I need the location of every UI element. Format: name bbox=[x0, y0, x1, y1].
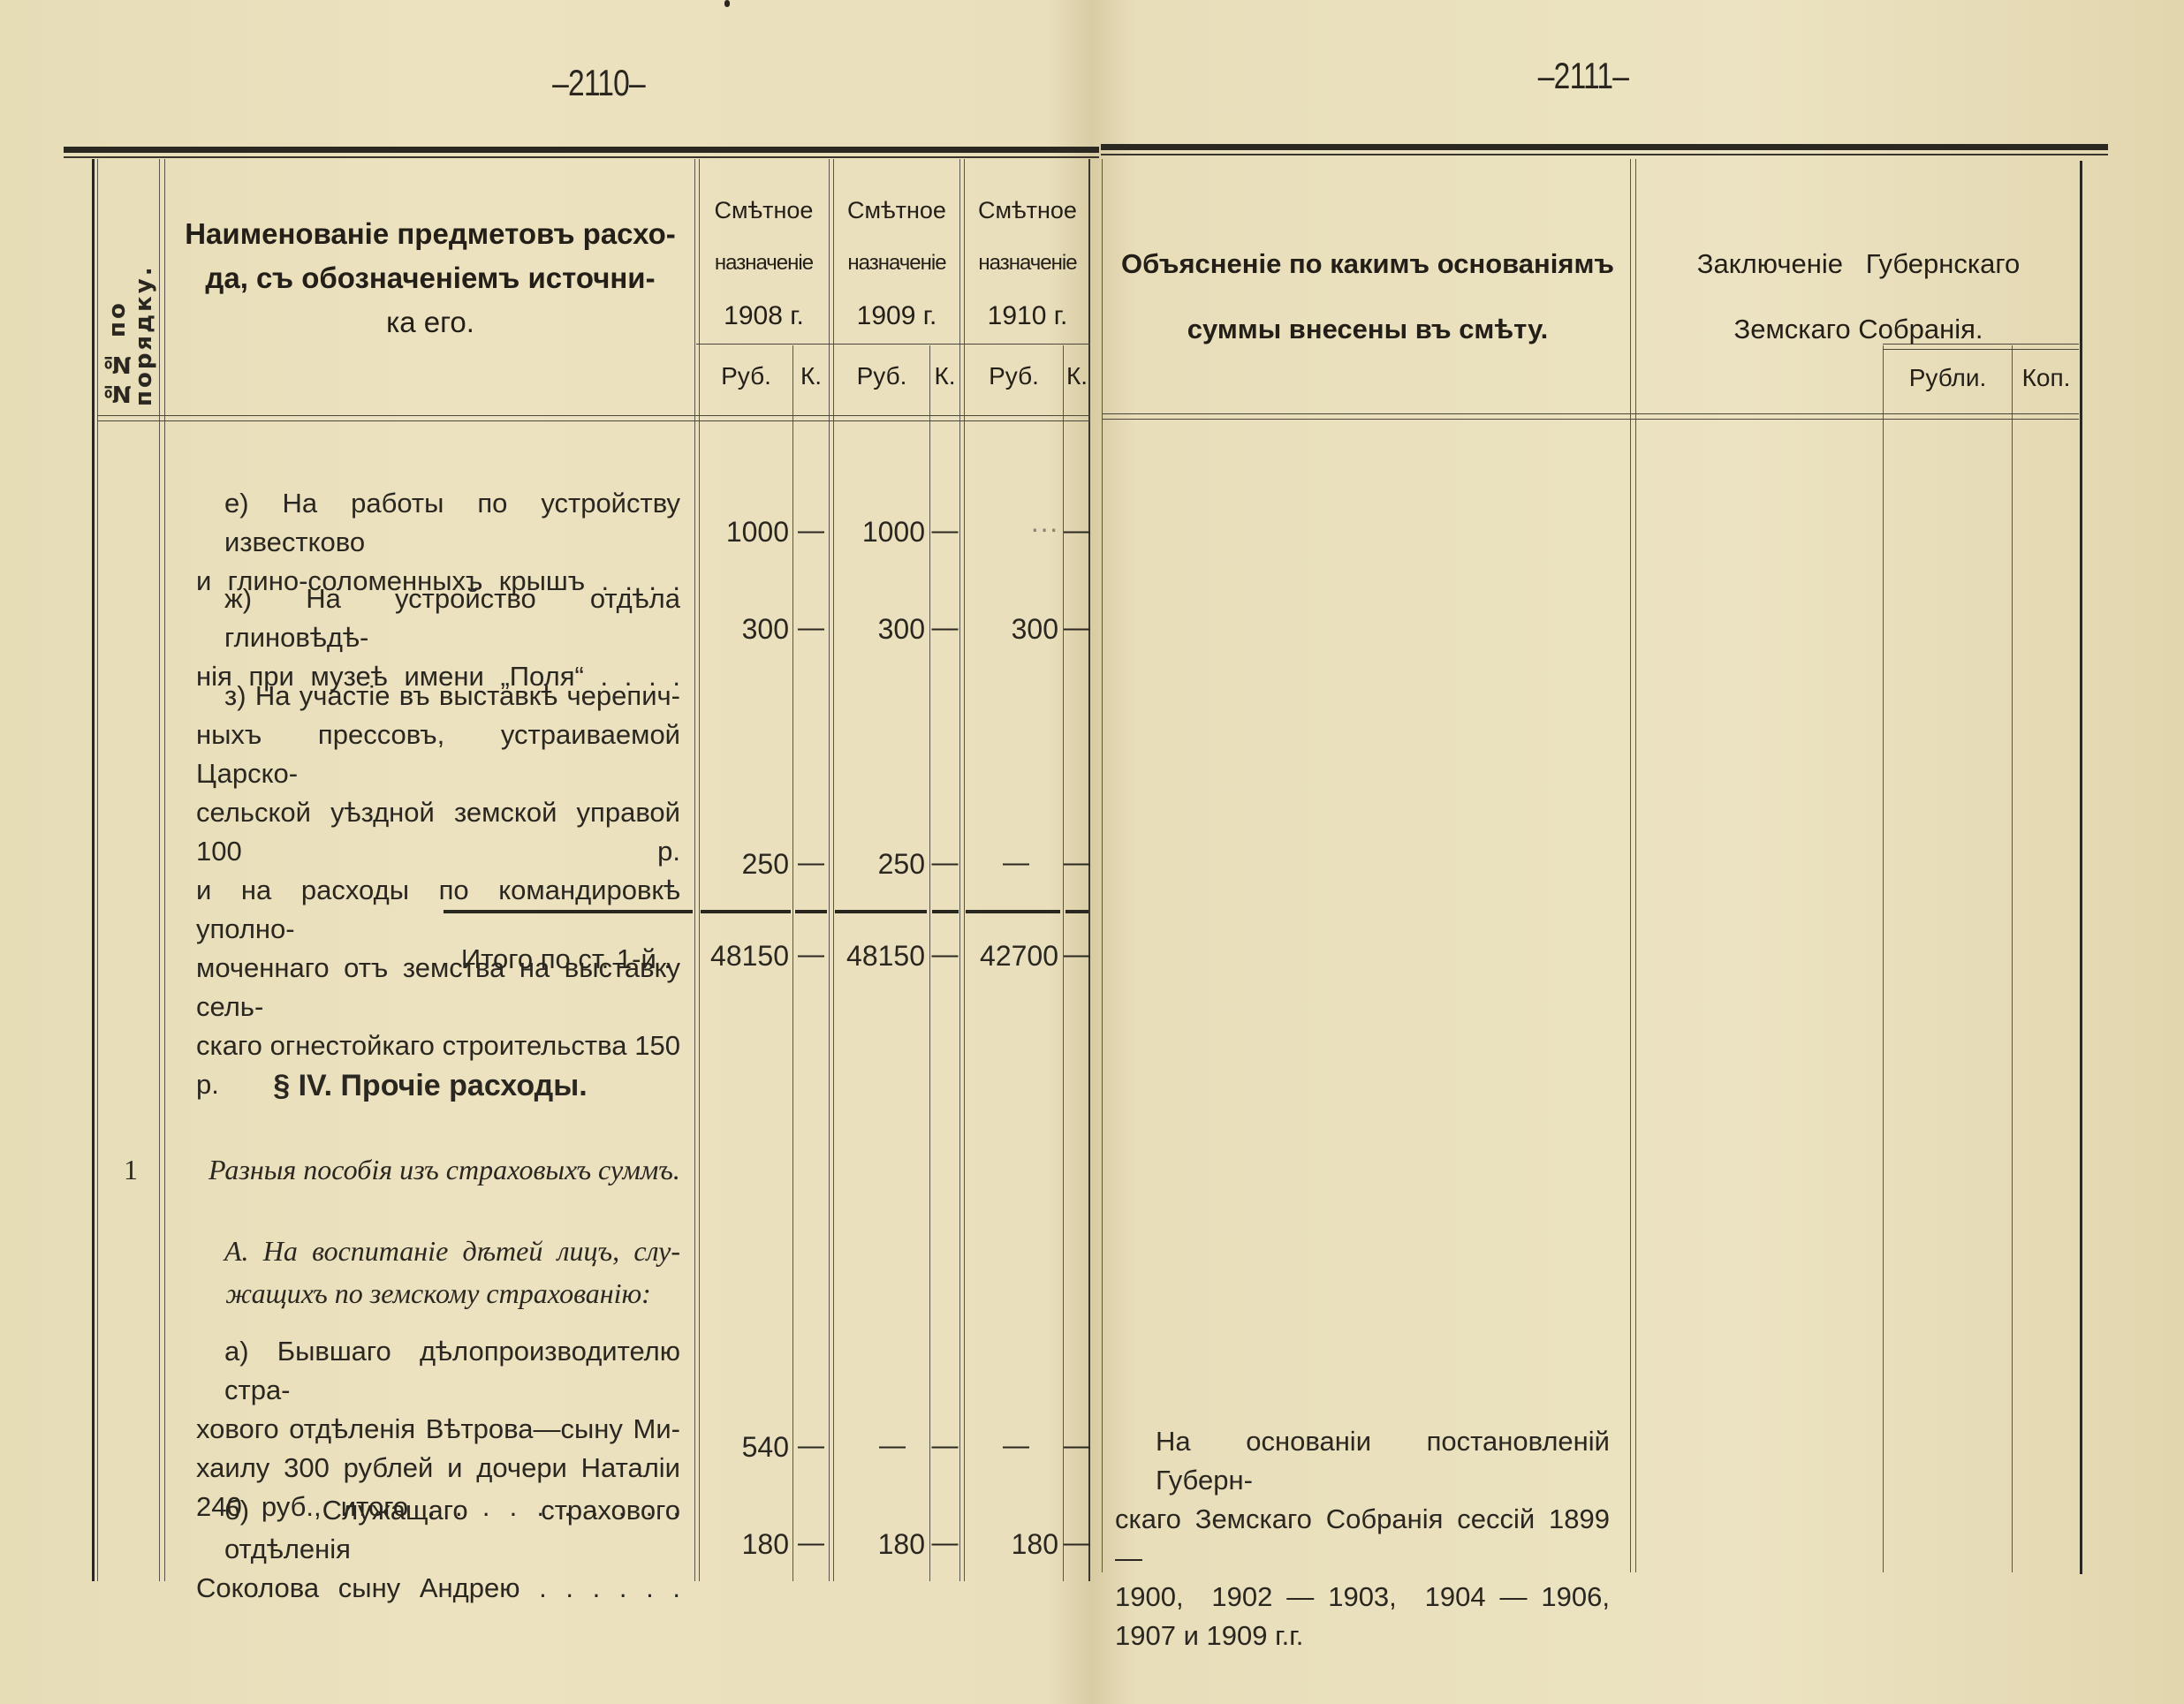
entry-a-1910: — bbox=[990, 1431, 1043, 1461]
header-order-no: №№ по порядку. bbox=[104, 177, 157, 406]
header-item-name: Наименованіе предметовъ расхо- да, съ об… bbox=[168, 212, 693, 345]
header-estimate-line: назначеніе bbox=[835, 237, 959, 290]
entry-b-k1908: — bbox=[793, 1528, 829, 1558]
col-line-explanation-2 bbox=[1635, 159, 1636, 1572]
total-k1908: — bbox=[793, 940, 829, 970]
entry-b-1910: 180 bbox=[966, 1528, 1058, 1561]
header-estimate-1909: Смѣтное назначеніе 1909 г. bbox=[835, 184, 959, 343]
header-estimate-1908: Смѣтное назначеніе 1908 г. bbox=[701, 184, 827, 343]
page-number-left: –2110– bbox=[552, 62, 645, 104]
total-rule-k1908 bbox=[795, 910, 827, 913]
header-conclusion-line: Земскаго Собранія. bbox=[1639, 297, 2078, 362]
entry-b-k1909: — bbox=[930, 1528, 959, 1558]
col-line-1908 bbox=[829, 159, 830, 1581]
header-estimate-year: 1908 г. bbox=[701, 290, 827, 343]
entry-a-k1909: — bbox=[930, 1431, 959, 1461]
row-text-line: ж) На устройство отдѣла глиновѣдѣ- bbox=[196, 579, 680, 657]
explanation-line: 1907 и 1909 г.г. bbox=[1115, 1617, 1610, 1655]
row-zh-k1910: — bbox=[1064, 613, 1090, 643]
header-conclusion-line: Заключеніе Губернскаго bbox=[1639, 231, 2078, 297]
total-1908: 48150 bbox=[701, 940, 789, 973]
header-rub-1909: Руб. bbox=[835, 362, 929, 390]
total-1909: 48150 bbox=[835, 940, 925, 973]
row-e-1910: ··· bbox=[966, 512, 1058, 545]
page-number-right: –2111– bbox=[1538, 55, 1628, 97]
col-line-name bbox=[694, 159, 695, 1581]
header-item-name-line: ка его. bbox=[168, 300, 693, 345]
total-rule-k1909 bbox=[932, 910, 959, 913]
total-k1910: — bbox=[1064, 940, 1090, 970]
entry-text-line: Соколова сыну Андрею . . . . . . bbox=[196, 1569, 680, 1608]
header-estimate-year: 1909 г. bbox=[835, 290, 959, 343]
explanation-line: На основаніи постановленій Губерн- bbox=[1115, 1422, 1610, 1500]
right-left-border bbox=[1102, 159, 1103, 1572]
explanation-line: скаго Земскаго Собранія сессій 1899— bbox=[1115, 1500, 1610, 1578]
header-conclusion: Заключеніе Губернскаго Земскаго Собранія… bbox=[1639, 231, 2078, 362]
row-z-k1908: — bbox=[793, 848, 829, 878]
explanation-note: На основаніи постановленій Губерн- скаго… bbox=[1115, 1422, 1610, 1655]
col-line-1908-2 bbox=[833, 159, 834, 1581]
row-zh-k1909: — bbox=[930, 613, 959, 643]
section-title: § IV. Прочіе расходы. bbox=[168, 1069, 693, 1103]
header-kop-1909: К. bbox=[930, 362, 959, 390]
ink-dot bbox=[724, 0, 730, 7]
col-line-1909 bbox=[959, 159, 960, 1581]
left-border bbox=[92, 159, 95, 1581]
row-z-1909: 250 bbox=[835, 848, 925, 881]
header-bottom-rule-left-2 bbox=[97, 420, 1090, 421]
entry-a-1909: — bbox=[866, 1431, 919, 1461]
header-order-no-label: №№ по порядку. bbox=[104, 177, 157, 406]
header-estimate-year: 1910 г. bbox=[966, 290, 1089, 343]
col-line-conc-kop bbox=[2012, 345, 2013, 1572]
header-estimate-line: назначеніе bbox=[701, 237, 827, 290]
row-text-line: е) На работы по устройству известково bbox=[196, 484, 680, 562]
subheading-line: А. На воспитаніе дѣтей лицъ, слу- bbox=[196, 1230, 680, 1272]
item-title: Разныя пособія изъ страховыхъ суммъ. bbox=[209, 1154, 686, 1186]
right-border bbox=[2080, 161, 2082, 1574]
row-e-k1909: — bbox=[930, 516, 959, 546]
item-number: 1 bbox=[104, 1154, 157, 1186]
total-1910: 42700 bbox=[966, 940, 1058, 973]
row-zh-k1908: — bbox=[793, 613, 829, 643]
header-rub-1908: Руб. bbox=[701, 362, 792, 390]
col-line-explanation bbox=[1630, 159, 1631, 1572]
header-kop-1910: К. bbox=[1064, 362, 1090, 390]
entry-text-line: а) Бывшаго дѣлопроизводителю стра- bbox=[196, 1332, 680, 1410]
header-bottom-rule-right-2 bbox=[1102, 419, 2079, 420]
entry-text-line: хаилу 300 рублей и дочери Наталіи bbox=[196, 1449, 680, 1488]
top-rule-left-thin bbox=[64, 156, 1099, 158]
total-label: Итого по ст. 1-й . bbox=[406, 940, 671, 979]
entry-text-line: хового отдѣленія Вѣтрова—сыну Ми- bbox=[196, 1410, 680, 1449]
header-bottom-rule-right bbox=[1102, 413, 2079, 414]
col-line-name-2 bbox=[699, 159, 700, 1581]
subheading-line: жащихъ по земскому страхованію: bbox=[196, 1272, 680, 1314]
header-estimate-1910: Смѣтное назначеніе 1910 г. bbox=[966, 184, 1089, 343]
entry-b-text: б) Служащаго страхового отдѣленія Соколо… bbox=[196, 1491, 680, 1608]
top-rule-left bbox=[64, 147, 1099, 153]
header-explanation: Объясненіе по какимъ основаніямъ суммы в… bbox=[1106, 231, 1629, 362]
col-line-conc-rub bbox=[1883, 345, 1884, 1572]
row-e-k1910: — bbox=[1064, 516, 1090, 546]
row-text-line: сельской уѣздной земской управой 100 р. bbox=[196, 793, 680, 871]
header-conclusion-rub: Рубли. bbox=[1884, 364, 2011, 392]
total-k1909: — bbox=[930, 940, 959, 970]
row-text-line: ныхъ прессовъ, устраиваемой Царско- bbox=[196, 716, 680, 793]
header-bottom-rule-left bbox=[97, 415, 1090, 416]
row-e-k1908: — bbox=[793, 516, 829, 546]
top-rule-right bbox=[1101, 144, 2108, 150]
explanation-line: 1900, 1902 — 1903, 1904 — 1906, bbox=[1115, 1578, 1610, 1617]
row-zh-1908: 300 bbox=[701, 613, 789, 646]
row-e-1908: 1000 bbox=[701, 516, 789, 549]
header-kop-1908: К. bbox=[793, 362, 829, 390]
header-item-name-line: Наименованіе предметовъ расхо- bbox=[168, 212, 693, 256]
total-rule-1910 bbox=[966, 910, 1060, 913]
subheader-rule-left bbox=[696, 344, 1090, 345]
entry-a-1908: 540 bbox=[701, 1431, 789, 1464]
entry-b-1908: 180 bbox=[701, 1528, 789, 1561]
row-zh-1909: 300 bbox=[835, 613, 925, 646]
total-rule-1908 bbox=[701, 910, 791, 913]
header-estimate-line: Смѣтное bbox=[835, 184, 959, 237]
row-z-k1910: — bbox=[1064, 848, 1090, 878]
header-conclusion-kop: Коп. bbox=[2013, 364, 2079, 392]
entry-a-k1910: — bbox=[1064, 1431, 1090, 1461]
entry-text-line: б) Служащаго страхового отдѣленія bbox=[196, 1491, 680, 1569]
total-rule-1909 bbox=[835, 910, 927, 913]
header-explanation-line: Объясненіе по какимъ основаніямъ bbox=[1106, 231, 1629, 297]
subheading-a: А. На воспитаніе дѣтей лицъ, слу- жащихъ… bbox=[196, 1230, 680, 1314]
header-item-name-line: да, съ обозначеніемъ источни- bbox=[168, 256, 693, 300]
row-z-1910: — bbox=[990, 848, 1043, 878]
entry-a-k1908: — bbox=[793, 1431, 829, 1461]
row-z-k1909: — bbox=[930, 848, 959, 878]
col-line-no bbox=[159, 159, 160, 1581]
entry-b-k1910: — bbox=[1064, 1528, 1090, 1558]
row-text-line: з) На участіе въ выставкѣ черепич- bbox=[196, 677, 680, 716]
entry-b-1909: 180 bbox=[835, 1528, 925, 1561]
total-rule-k1910 bbox=[1065, 910, 1088, 913]
header-estimate-line: назначеніе bbox=[966, 237, 1089, 290]
header-rub-1910: Руб. bbox=[966, 362, 1062, 390]
left-border-inner bbox=[97, 159, 98, 1581]
row-z-1908: 250 bbox=[701, 848, 789, 881]
header-estimate-line: Смѣтное bbox=[966, 184, 1089, 237]
total-rule-name bbox=[444, 910, 693, 913]
table-row-z-text: з) На участіе въ выставкѣ черепич- ныхъ … bbox=[196, 677, 680, 1104]
row-e-1909: 1000 bbox=[835, 516, 925, 549]
top-rule-right-thin bbox=[1101, 154, 2108, 155]
header-explanation-line: суммы внесены въ смѣту. bbox=[1106, 297, 1629, 362]
header-estimate-line: Смѣтное bbox=[701, 184, 827, 237]
col-line-no-2 bbox=[164, 159, 165, 1581]
row-zh-1910: 300 bbox=[966, 613, 1058, 646]
col-line-1909-2 bbox=[964, 159, 965, 1581]
